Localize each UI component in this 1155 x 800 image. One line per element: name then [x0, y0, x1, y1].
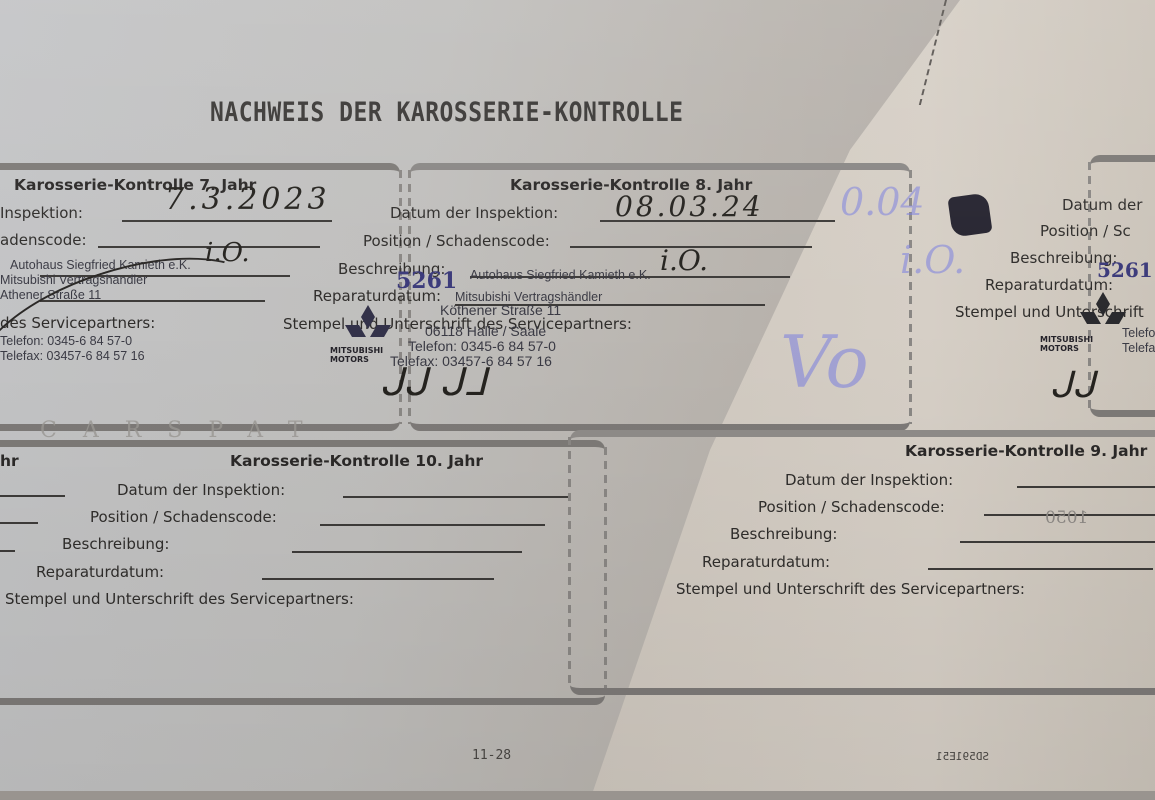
label-position-right-top: Position / Sc [1040, 222, 1131, 240]
field-repair-date-year-9[interactable] [928, 568, 1153, 570]
logo-word: MITSUBISHI [330, 346, 383, 355]
card-year-9 [570, 430, 1155, 695]
mitsubishi-logo-icon [345, 305, 391, 349]
label-stamp-year-10: Stempel und Unterschrift des Servicepart… [5, 590, 354, 608]
handwritten-date-year-7: 7.3.2023 [165, 182, 331, 217]
label-repair-date-year-10: Reparaturdatum: [36, 563, 164, 581]
label-description-year-10: Beschreibung: [62, 535, 169, 553]
label-position-year-7: adenscode: [0, 231, 87, 249]
signature-right-top: ᒍᒍ [1050, 365, 1095, 406]
stamp-line: Telefax [1122, 341, 1155, 356]
card-title-year-10: Karosserie-Kontrolle 10. Jahr [230, 452, 483, 470]
dealer-stamp-line1-year-8: Autohaus Siegfried Kamieth e.K. [470, 268, 651, 283]
label-date-year-7: Inspektion: [0, 204, 83, 222]
logo-word: MOTORS [1040, 344, 1093, 353]
field-date-year-9[interactable] [1017, 486, 1155, 488]
stamp-line: Telefon [1122, 326, 1155, 341]
label-date-right-top: Datum der [1062, 196, 1142, 214]
mitsubishi-logo-text-year-8: MITSUBISHI MOTORS [330, 346, 383, 364]
label-repair-date-year-9: Reparaturdatum: [702, 553, 830, 571]
field-date-year-7[interactable] [122, 220, 332, 222]
field-repair-date-year-10[interactable] [262, 578, 494, 580]
label-date-year-9: Datum der Inspektion: [785, 471, 953, 489]
page-title: NACHWEIS DER KAROSSERIE-KONTROLLE [210, 98, 850, 128]
label-date-year-10: Datum der Inspektion: [117, 481, 285, 499]
field-description-year-9[interactable] [960, 541, 1155, 543]
mitsubishi-logo-icon [1080, 292, 1126, 336]
blue-handwriting-signature: Vo [780, 320, 869, 404]
page-number: 11-28 [472, 748, 511, 763]
black-marker-blot [947, 192, 992, 237]
bottom-edge [0, 791, 1155, 800]
dealer-stamp-line5-year-8: Telefon: 0345-6 84 57-0 [408, 339, 556, 354]
blue-handwriting-date: 0.04 [840, 180, 925, 224]
label-date-year-8: Datum der Inspektion: [390, 204, 558, 222]
field-left-partial-3 [0, 550, 15, 552]
label-position-year-10: Position / Schadenscode: [90, 508, 277, 526]
dealer-stamp-line4-year-8: 06118 Halle / Saale [425, 324, 546, 339]
label-position-year-8: Position / Schadenscode: [363, 232, 550, 250]
mitsubishi-logo-text-right-top: MITSUBISHI MOTORS [1040, 335, 1093, 353]
label-description-year-9: Beschreibung: [730, 525, 837, 543]
blue-handwriting-description: i.O. [900, 238, 965, 282]
signature-year-8: ᒍᒍ ᒍᒧ [380, 360, 487, 404]
dealer-stamp-right-top: Telefon Telefax [1122, 326, 1155, 356]
field-left-partial-2 [0, 522, 38, 524]
label-stamp-year-9: Stempel und Unterschrift des Servicepart… [676, 580, 1025, 598]
logo-word: MOTORS [330, 355, 383, 364]
document-code: SD591E51 [936, 750, 989, 763]
field-date-year-10[interactable] [343, 496, 568, 498]
label-position-year-9: Position / Schadenscode: [758, 498, 945, 516]
handwritten-date-year-8: 08.03.24 [615, 190, 764, 223]
logo-word: MITSUBISHI [1040, 335, 1093, 344]
handwritten-description-year-8: i.O. [660, 244, 708, 277]
ghost-mirror-text-year-9: 1050 [1045, 508, 1088, 528]
field-position-year-10[interactable] [320, 524, 545, 526]
label-repair-date-year-8: Reparaturdatum: [313, 287, 441, 305]
card-title-year-10-left-partial: hr [0, 452, 19, 470]
field-left-partial-1 [0, 495, 65, 497]
card-title-year-9: Karosserie-Kontrolle 9. Jahr [905, 442, 1147, 460]
field-description-year-10[interactable] [292, 551, 522, 553]
